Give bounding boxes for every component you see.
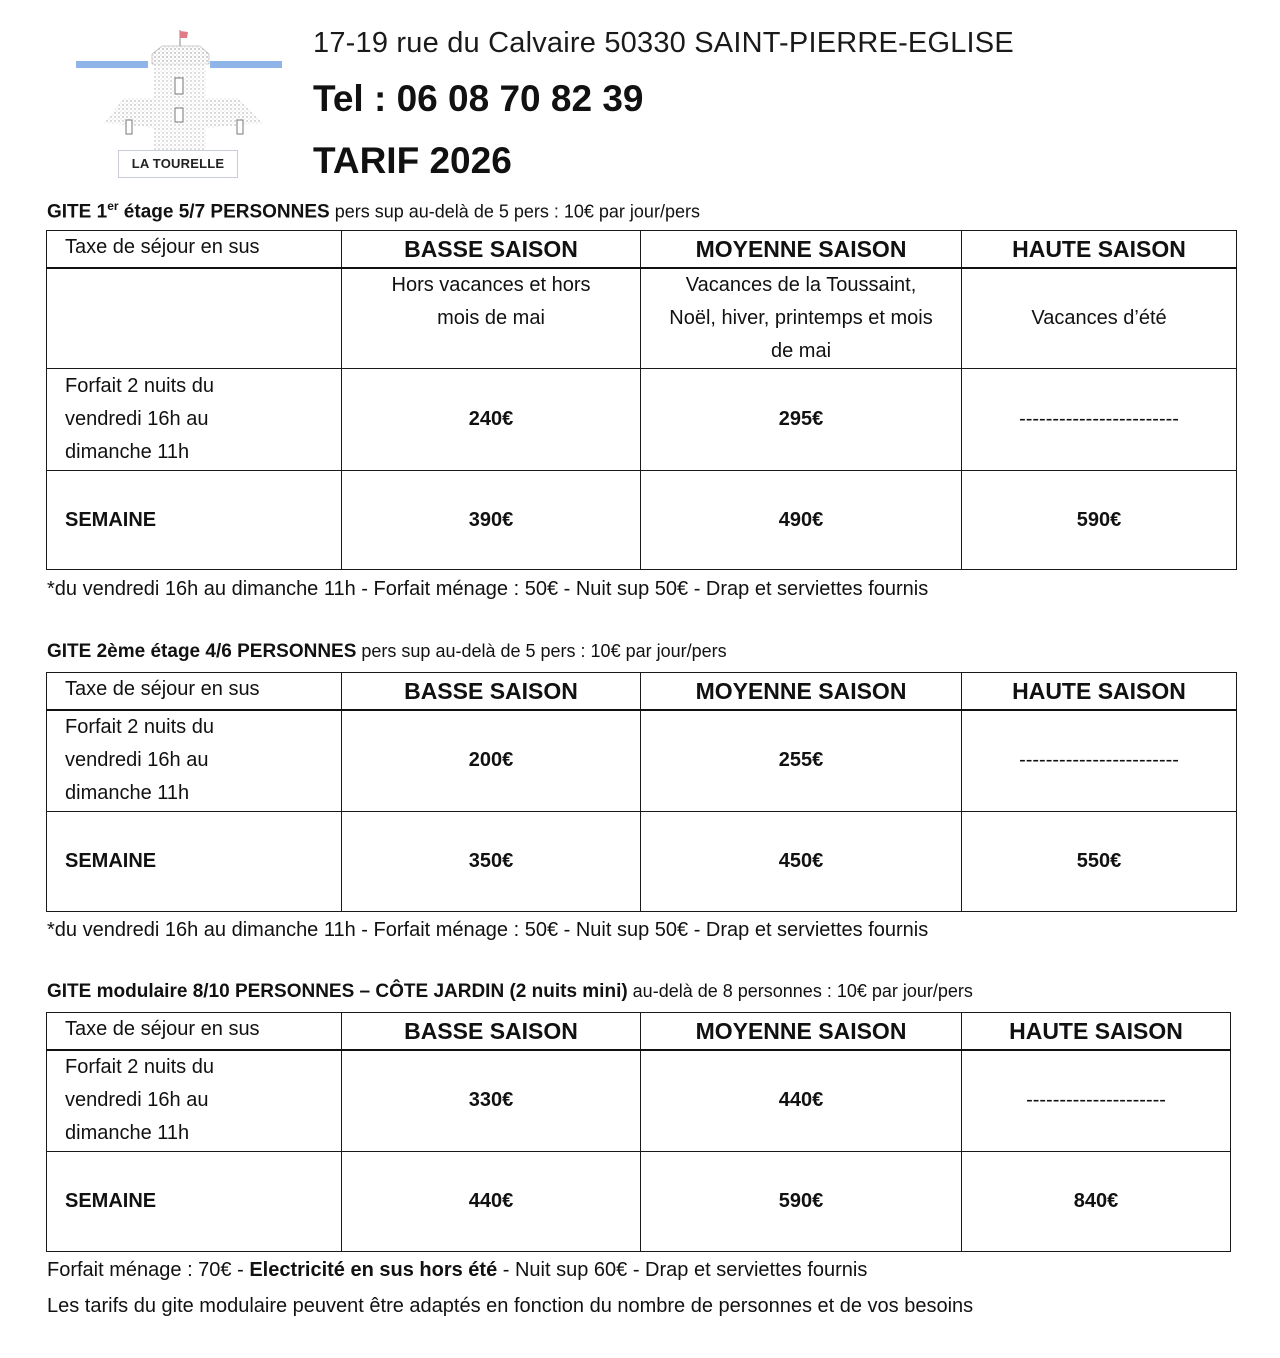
phone-number: Tel : 06 08 70 82 39 [313,78,644,120]
table-header-row: Taxe de séjour en sus BASSE SAISON MOYEN… [47,673,1237,711]
logo: LA TOURELLE [74,28,284,183]
price-cell: 440€ [641,1050,962,1151]
col-haute-saison: HAUTE SAISON [962,231,1237,269]
price-cell: 390€ [342,471,641,570]
gite3-title: GITE modulaire 8/10 PERSONNES – CÔTE JAR… [47,981,973,1003]
logo-label: LA TOURELLE [118,150,238,178]
col-moyenne-saison: MOYENNE SAISON [641,673,962,711]
table-row: SEMAINE 440€ 590€ 840€ [47,1151,1231,1251]
table-row: SEMAINE 350€ 450€ 550€ [47,811,1237,911]
gite3-note-adaptable: Les tarifs du gite modulaire peuvent êtr… [47,1295,973,1318]
price-cell: 440€ [342,1151,641,1251]
price-cell: 330€ [342,1050,641,1151]
row-label: SEMAINE [47,1151,342,1251]
price-cell: 840€ [962,1151,1231,1251]
price-cell: 590€ [641,1151,962,1251]
period-moyenne: Vacances de la Toussaint, Noël, hiver, p… [641,268,962,369]
col-basse-saison: BASSE SAISON [342,1013,641,1051]
gite1-title-sup: er [107,199,118,213]
tax-label: Taxe de séjour en sus [47,231,342,269]
gite3-note-electricity: Electricité en sus hors été [249,1259,497,1281]
price-cell: ------------------------ [962,369,1237,471]
gite2-note: *du vendredi 16h au dimanche 11h - Forfa… [47,919,928,942]
gite2-title-extra: pers sup au-delà de 5 pers : 10€ par jou… [356,641,726,661]
gite1-title-prefix: GITE 1 [47,201,107,222]
tax-label: Taxe de séjour en sus [47,1013,342,1051]
gite3-price-table: Taxe de séjour en sus BASSE SAISON MOYEN… [46,1012,1231,1252]
table-row: Forfait 2 nuits du vendredi 16h au diman… [47,710,1237,811]
price-cell: 590€ [962,471,1237,570]
gite2-price-table: Taxe de séjour en sus BASSE SAISON MOYEN… [46,672,1237,912]
row-label: Forfait 2 nuits du vendredi 16h au diman… [47,369,342,471]
table-row: Forfait 2 nuits du vendredi 16h au diman… [47,369,1237,471]
col-moyenne-saison: MOYENNE SAISON [641,1013,962,1051]
col-basse-saison: BASSE SAISON [342,673,641,711]
gite2-title: GITE 2ème étage 4/6 PERSONNES pers sup a… [47,641,727,663]
col-haute-saison: HAUTE SAISON [962,673,1237,711]
price-cell: 490€ [641,471,962,570]
row-label: Forfait 2 nuits du vendredi 16h au diman… [47,1050,342,1151]
col-haute-saison: HAUTE SAISON [962,1013,1231,1051]
price-cell: ------------------------ [962,710,1237,811]
page-title: TARIF 2026 [313,140,512,182]
price-cell: 255€ [641,710,962,811]
col-basse-saison: BASSE SAISON [342,231,641,269]
table-row: SEMAINE 390€ 490€ 590€ [47,471,1237,570]
price-cell: 240€ [342,369,641,471]
gite1-price-table: Taxe de séjour en sus BASSE SAISON MOYEN… [46,230,1237,570]
gite1-note: *du vendredi 16h au dimanche 11h - Forfa… [47,578,928,601]
gite1-title: GITE 1er étage 5/7 PERSONNES pers sup au… [47,199,700,223]
address: 17-19 rue du Calvaire 50330 SAINT-PIERRE… [313,27,1014,60]
table-row-periods: Hors vacances et hors mois de mai Vacanc… [47,268,1237,369]
price-cell: 350€ [342,811,641,911]
price-cell: 450€ [641,811,962,911]
gite3-note-fees: Forfait ménage : 70€ - Electricité en su… [47,1259,867,1282]
table-header-row: Taxe de séjour en sus BASSE SAISON MOYEN… [47,1013,1231,1051]
row-label: Forfait 2 nuits du vendredi 16h au diman… [47,710,342,811]
row-label: SEMAINE [47,811,342,911]
row-label: SEMAINE [47,471,342,570]
col-moyenne-saison: MOYENNE SAISON [641,231,962,269]
tax-label: Taxe de séjour en sus [47,673,342,711]
price-cell: 550€ [962,811,1237,911]
gite3-title-extra: au-delà de 8 personnes : 10€ par jour/pe… [628,981,973,1001]
period-haute: Vacances d’été [962,268,1237,369]
gite3-title-bold: GITE modulaire 8/10 PERSONNES – CÔTE JAR… [47,981,628,1002]
empty-cell [47,268,342,369]
gite3-note-fees-c: - Nuit sup 60€ - Drap et serviettes four… [497,1259,867,1281]
gite3-note-fees-a: Forfait ménage : 70€ - [47,1259,249,1281]
gite1-title-extra: pers sup au-delà de 5 pers : 10€ par jou… [330,201,700,221]
price-cell: 295€ [641,369,962,471]
table-header-row: Taxe de séjour en sus BASSE SAISON MOYEN… [47,231,1237,269]
tower-illustration-icon [74,28,284,153]
period-basse: Hors vacances et hors mois de mai [342,268,641,369]
gite2-title-bold: GITE 2ème étage 4/6 PERSONNES [47,641,356,662]
table-row: Forfait 2 nuits du vendredi 16h au diman… [47,1050,1231,1151]
price-cell: 200€ [342,710,641,811]
gite1-title-suffix: étage 5/7 PERSONNES [119,201,330,222]
price-cell: --------------------- [962,1050,1231,1151]
